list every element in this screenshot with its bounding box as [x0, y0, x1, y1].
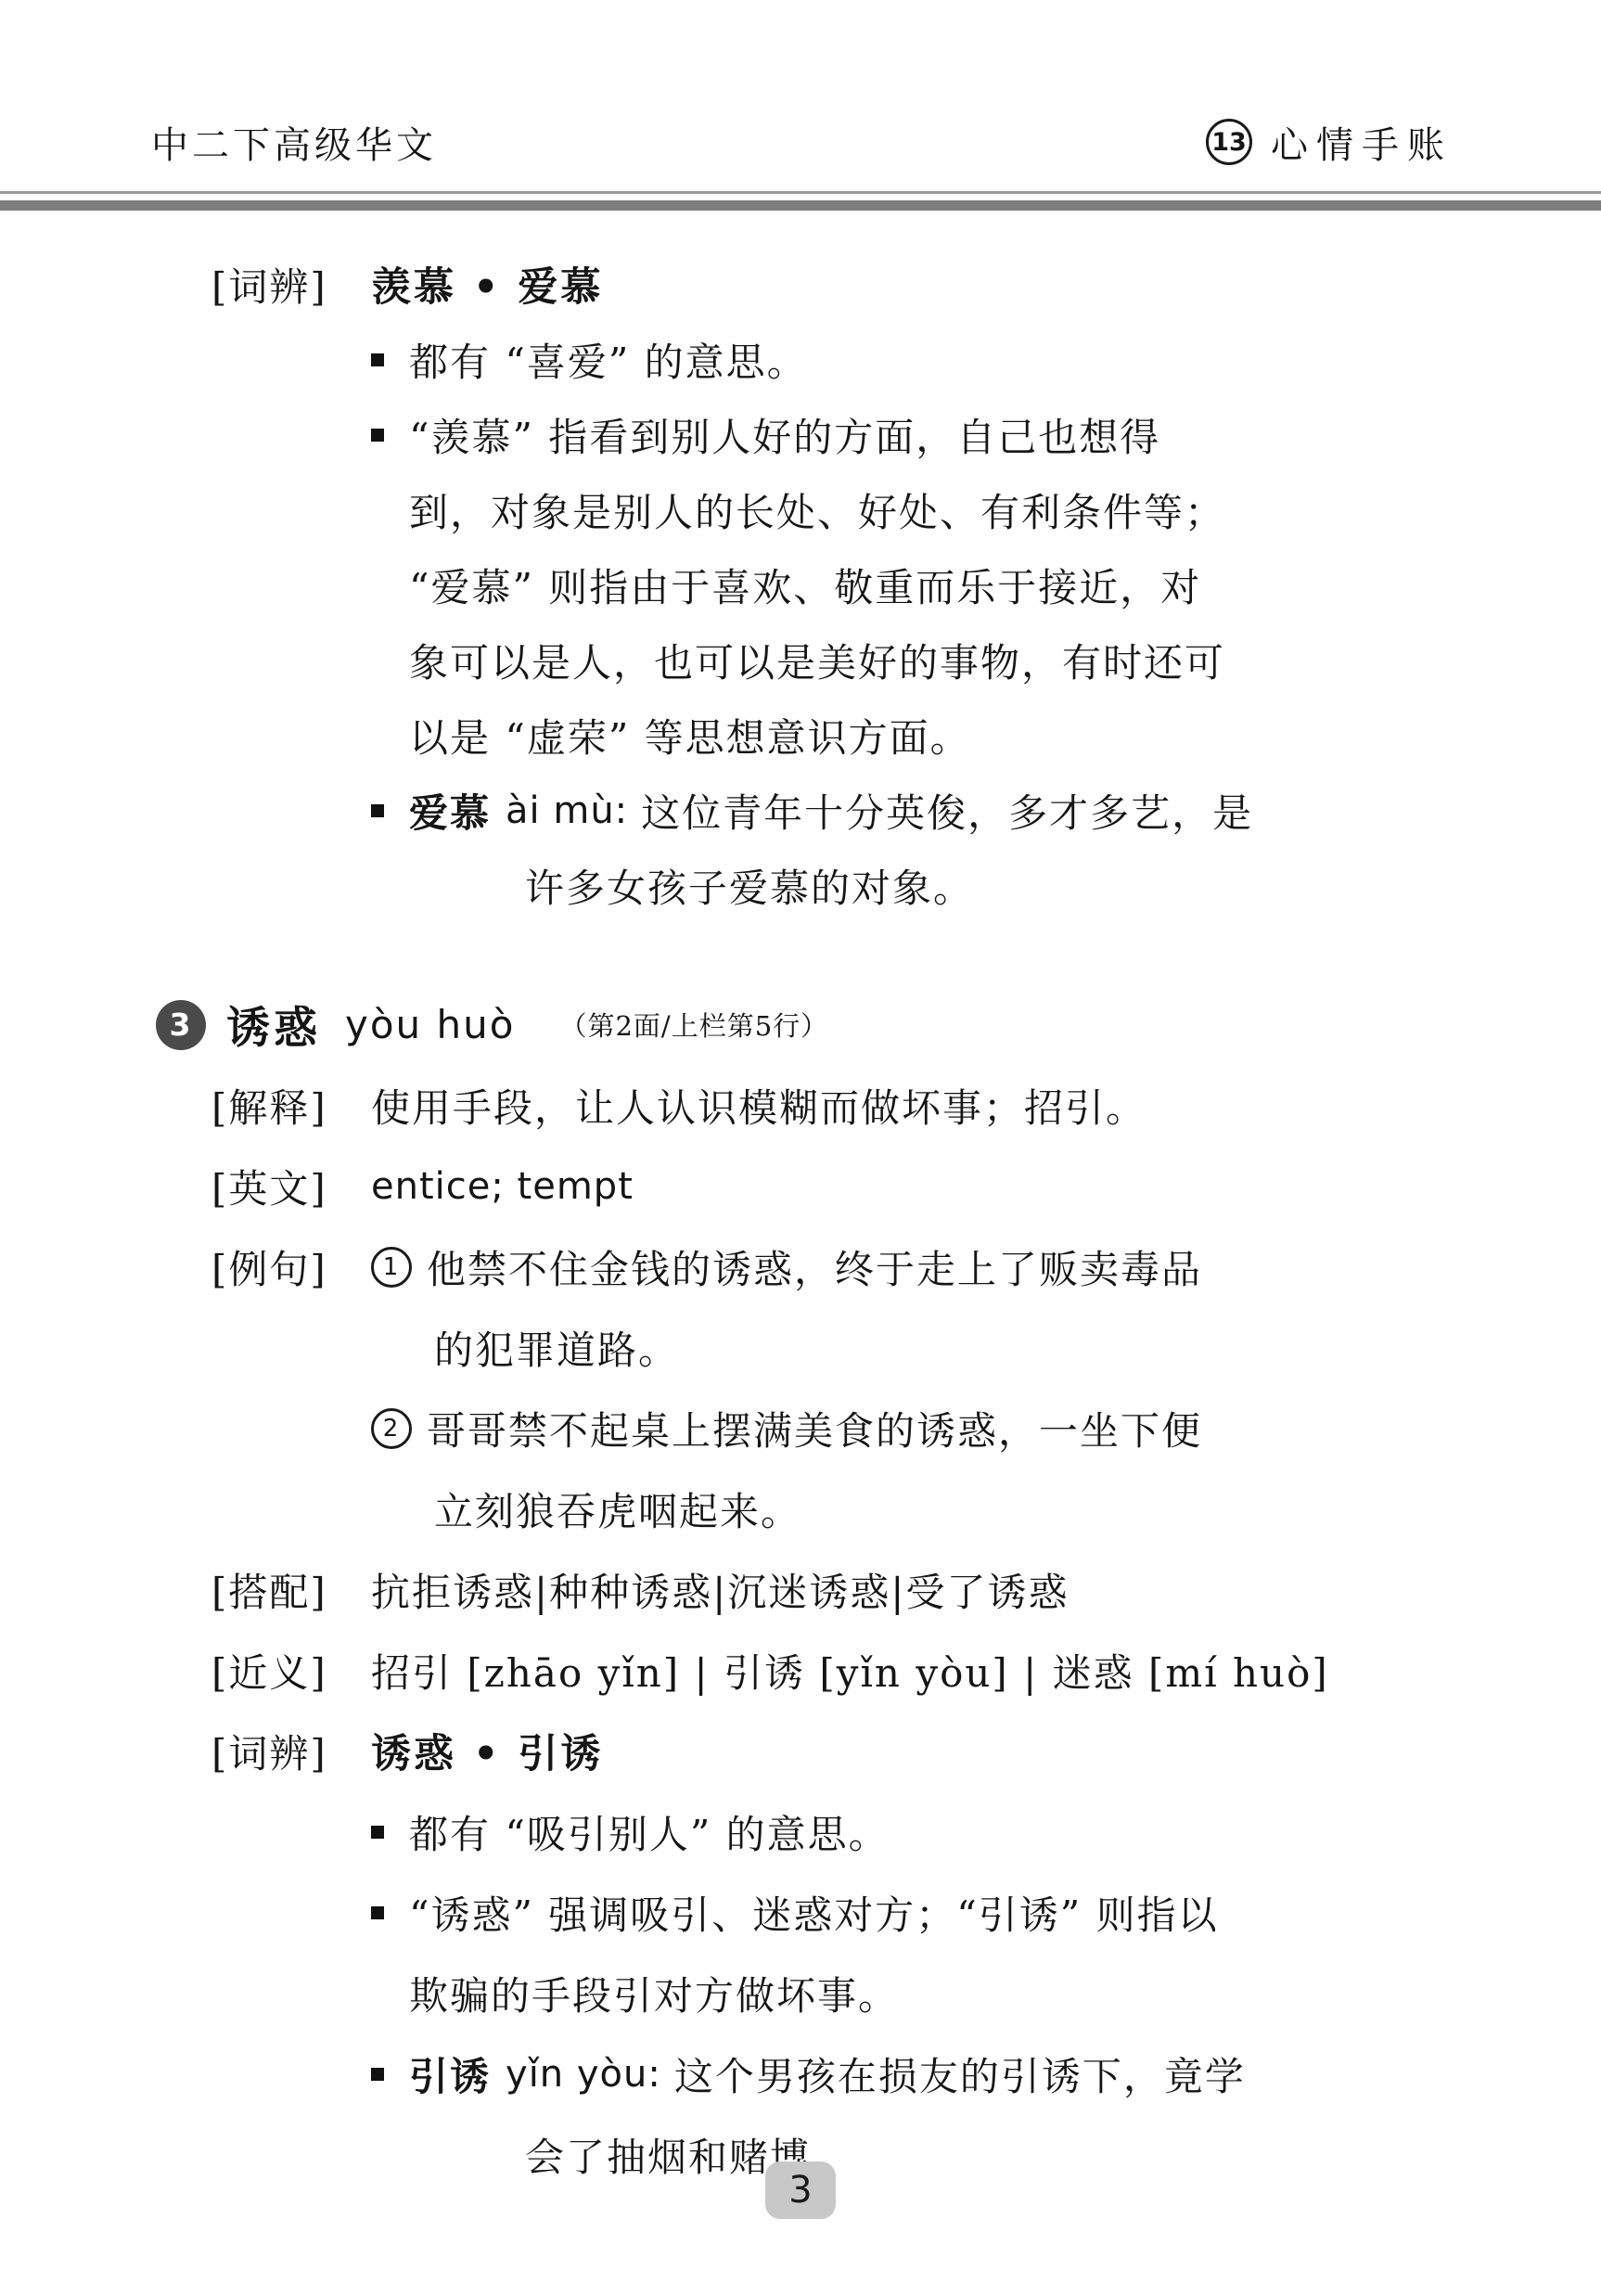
bullet-text-continuation: “爱慕” 则指由于喜欢、敬重而乐于接近，对 [211, 547, 1454, 622]
discrimination-title: 羡慕 • 爱慕 [371, 256, 603, 313]
vocabulary-entry-youhuo: 3 诱惑 yòu huò （第2面/上栏第5行） [解释] 使用手段，让人认识模… [211, 984, 1454, 2195]
square-bullet-icon [371, 2068, 384, 2081]
explanation-text: 使用手段，让人认识模糊而做坏事；招引。 [371, 1078, 1146, 1134]
english-text: entice; tempt [371, 1165, 634, 1208]
english-row: [英文] entice; tempt [211, 1146, 1454, 1226]
bullet-text-continuation: 象可以是人，也可以是美好的事物，有时还可 [211, 622, 1454, 698]
chapter-heading: 13 心情手账 [1206, 116, 1453, 169]
square-bullet-icon [371, 429, 384, 442]
square-bullet-icon [371, 1826, 384, 1839]
chapter-number: 13 [1211, 128, 1247, 157]
example-sentence-continuation: 立刻狼吞虎咽起来。 [211, 1469, 1454, 1549]
example-sentence: 的犯罪道路。 [434, 1320, 679, 1376]
example-2-marker-circle-icon: 2 [371, 1408, 412, 1449]
discrimination-title: 诱惑 • 引诱 [371, 1723, 603, 1779]
bullet-text: 象可以是人，也可以是美好的事物，有时还可 [409, 633, 1225, 688]
explanation-row: [解释] 使用手段，让人认识模糊而做坏事；招引。 [211, 1065, 1454, 1146]
discrimination-heading: [词辨] 羡慕 • 爱慕 [211, 247, 1454, 322]
header-rule-thick [0, 200, 1601, 211]
example-1-number: 1 [383, 1253, 401, 1281]
bullet-text-continuation: 以是 “虚荣” 等思想意识方面。 [211, 698, 1454, 773]
example-1-marker-circle-icon: 1 [371, 1247, 412, 1288]
example-2-number: 2 [383, 1415, 401, 1443]
example-sentence: 这位青年十分英俊，多才多艺，是 [641, 783, 1253, 839]
examples-label: [例句] [211, 1239, 371, 1295]
bullet-text: 到，对象是别人的长处、好处、有利条件等； [409, 482, 1225, 538]
bullet-text: 以是 “虚荣” 等思想意识方面。 [409, 708, 971, 763]
headword: 爱慕 [409, 783, 491, 839]
word-discrimination-section-xianmu-aimu: [词辨] 羡慕 • 爱慕 都有 “喜爱” 的意思。 “羡慕” 指看到别人好的方面… [211, 247, 1454, 923]
bullet-text-continuation: 欺骗的手段引对方做坏事。 [211, 1953, 1454, 2033]
header-rule-thin [0, 191, 1601, 194]
pinyin: ài mù: [506, 789, 628, 832]
example-row-1: [例句] 1 他禁不住金钱的诱惑，终于走上了贩卖毒品 [211, 1226, 1454, 1307]
bullet-text: 都有 “吸引别人” 的意思。 [409, 1804, 890, 1860]
square-bullet-icon [371, 1906, 384, 1919]
discrimination-label: [词辨] [211, 1724, 371, 1779]
discrimination-bullet-3: 爱慕 ài mù: 这位青年十分英俊，多才多艺，是 [211, 773, 1454, 848]
synonyms-label: [近义] [211, 1643, 371, 1699]
pinyin: yǐn yòu: [506, 2053, 661, 2096]
square-bullet-icon [371, 353, 384, 366]
entry-number-badge: 3 [156, 1000, 206, 1050]
entry-heading: 3 诱惑 yòu huò （第2面/上栏第5行） [156, 984, 1454, 1065]
page-header: 中二下高级华文 13 心情手账 [151, 115, 1453, 169]
example-sentence-continuation: 许多女孩子爱慕的对象。 [211, 848, 1454, 923]
entry-pinyin: yòu huò [345, 1002, 515, 1047]
chapter-number-circle-icon: 13 [1206, 119, 1252, 165]
collocation-row: [搭配] 抗拒诱惑|种种诱惑|沉迷诱惑|受了诱惑 [211, 1549, 1454, 1630]
discrimination-bullet-2: “诱惑” 强调吸引、迷惑对方；“引诱” 则指以 [211, 1872, 1454, 1953]
synonyms-text: 招引 [zhāo yǐn] | 引诱 [yǐn yòu] | 迷惑 [mí hu… [371, 1643, 1329, 1699]
bullet-text-continuation: 到，对象是别人的长处、好处、有利条件等； [211, 472, 1454, 547]
example-sentence: 他禁不住金钱的诱惑，终于走上了贩卖毒品 [427, 1239, 1202, 1295]
example-sentence: 哥哥禁不起桌上摆满美食的诱惑，一坐下便 [427, 1401, 1202, 1456]
english-label: [英文] [211, 1159, 371, 1214]
collocation-text: 抗拒诱惑|种种诱惑|沉迷诱惑|受了诱惑 [371, 1562, 1069, 1618]
example-row-2: 2 哥哥禁不起桌上摆满美食的诱惑，一坐下便 [211, 1388, 1454, 1469]
example-sentence-continuation: 的犯罪道路。 [211, 1307, 1454, 1388]
discrimination-label: [词辨] [211, 257, 371, 313]
example-sentence: 这个男孩在损友的引诱下，竟学 [674, 2046, 1246, 2102]
entry-number: 3 [170, 1007, 193, 1043]
example-sentence: 立刻狼吞虎咽起来。 [434, 1481, 801, 1537]
discrimination-bullet-1: 都有 “喜爱” 的意思。 [211, 322, 1454, 397]
bullet-text: “诱惑” 强调吸引、迷惑对方；“引诱” 则指以 [409, 1885, 1219, 1941]
bullet-text: “爱慕” 则指由于喜欢、敬重而乐于接近，对 [409, 558, 1201, 613]
bullet-text: “羡慕” 指看到别人好的方面，自己也想得 [409, 407, 1160, 463]
discrimination-heading: [词辨] 诱惑 • 引诱 [211, 1711, 1454, 1791]
collocation-label: [搭配] [211, 1562, 371, 1618]
example-sentence: 许多女孩子爱慕的对象。 [525, 858, 974, 914]
chapter-title: 心情手账 [1271, 116, 1453, 169]
entry-headword: 诱惑 [226, 994, 321, 1056]
page-number: 3 [788, 2169, 812, 2212]
discrimination-bullet-3: 引诱 yǐn yòu: 这个男孩在损友的引诱下，竟学 [211, 2033, 1454, 2114]
page-content: [词辨] 羡慕 • 爱慕 都有 “喜爱” 的意思。 “羡慕” 指看到别人好的方面… [211, 247, 1454, 2195]
headword: 引诱 [409, 2046, 491, 2102]
book-title: 中二下高级华文 [151, 116, 437, 169]
entry-source-location: （第2面/上栏第5行） [559, 1006, 828, 1044]
synonyms-row: [近义] 招引 [zhāo yǐn] | 引诱 [yǐn yòu] | 迷惑 [… [211, 1630, 1454, 1711]
discrimination-bullet-2: “羡慕” 指看到别人好的方面，自己也想得 [211, 397, 1454, 472]
page-number-badge: 3 [765, 2161, 836, 2219]
bullet-text: 欺骗的手段引对方做坏事。 [409, 1966, 899, 2021]
discrimination-bullet-1: 都有 “吸引别人” 的意思。 [211, 1791, 1454, 1872]
explanation-label: [解释] [211, 1078, 371, 1134]
bullet-text: 都有 “喜爱” 的意思。 [409, 332, 808, 388]
textbook-page: 中二下高级华文 13 心情手账 [词辨] 羡慕 • 爱慕 都有 “喜爱” 的意思… [0, 0, 1601, 2296]
square-bullet-icon [371, 804, 384, 817]
